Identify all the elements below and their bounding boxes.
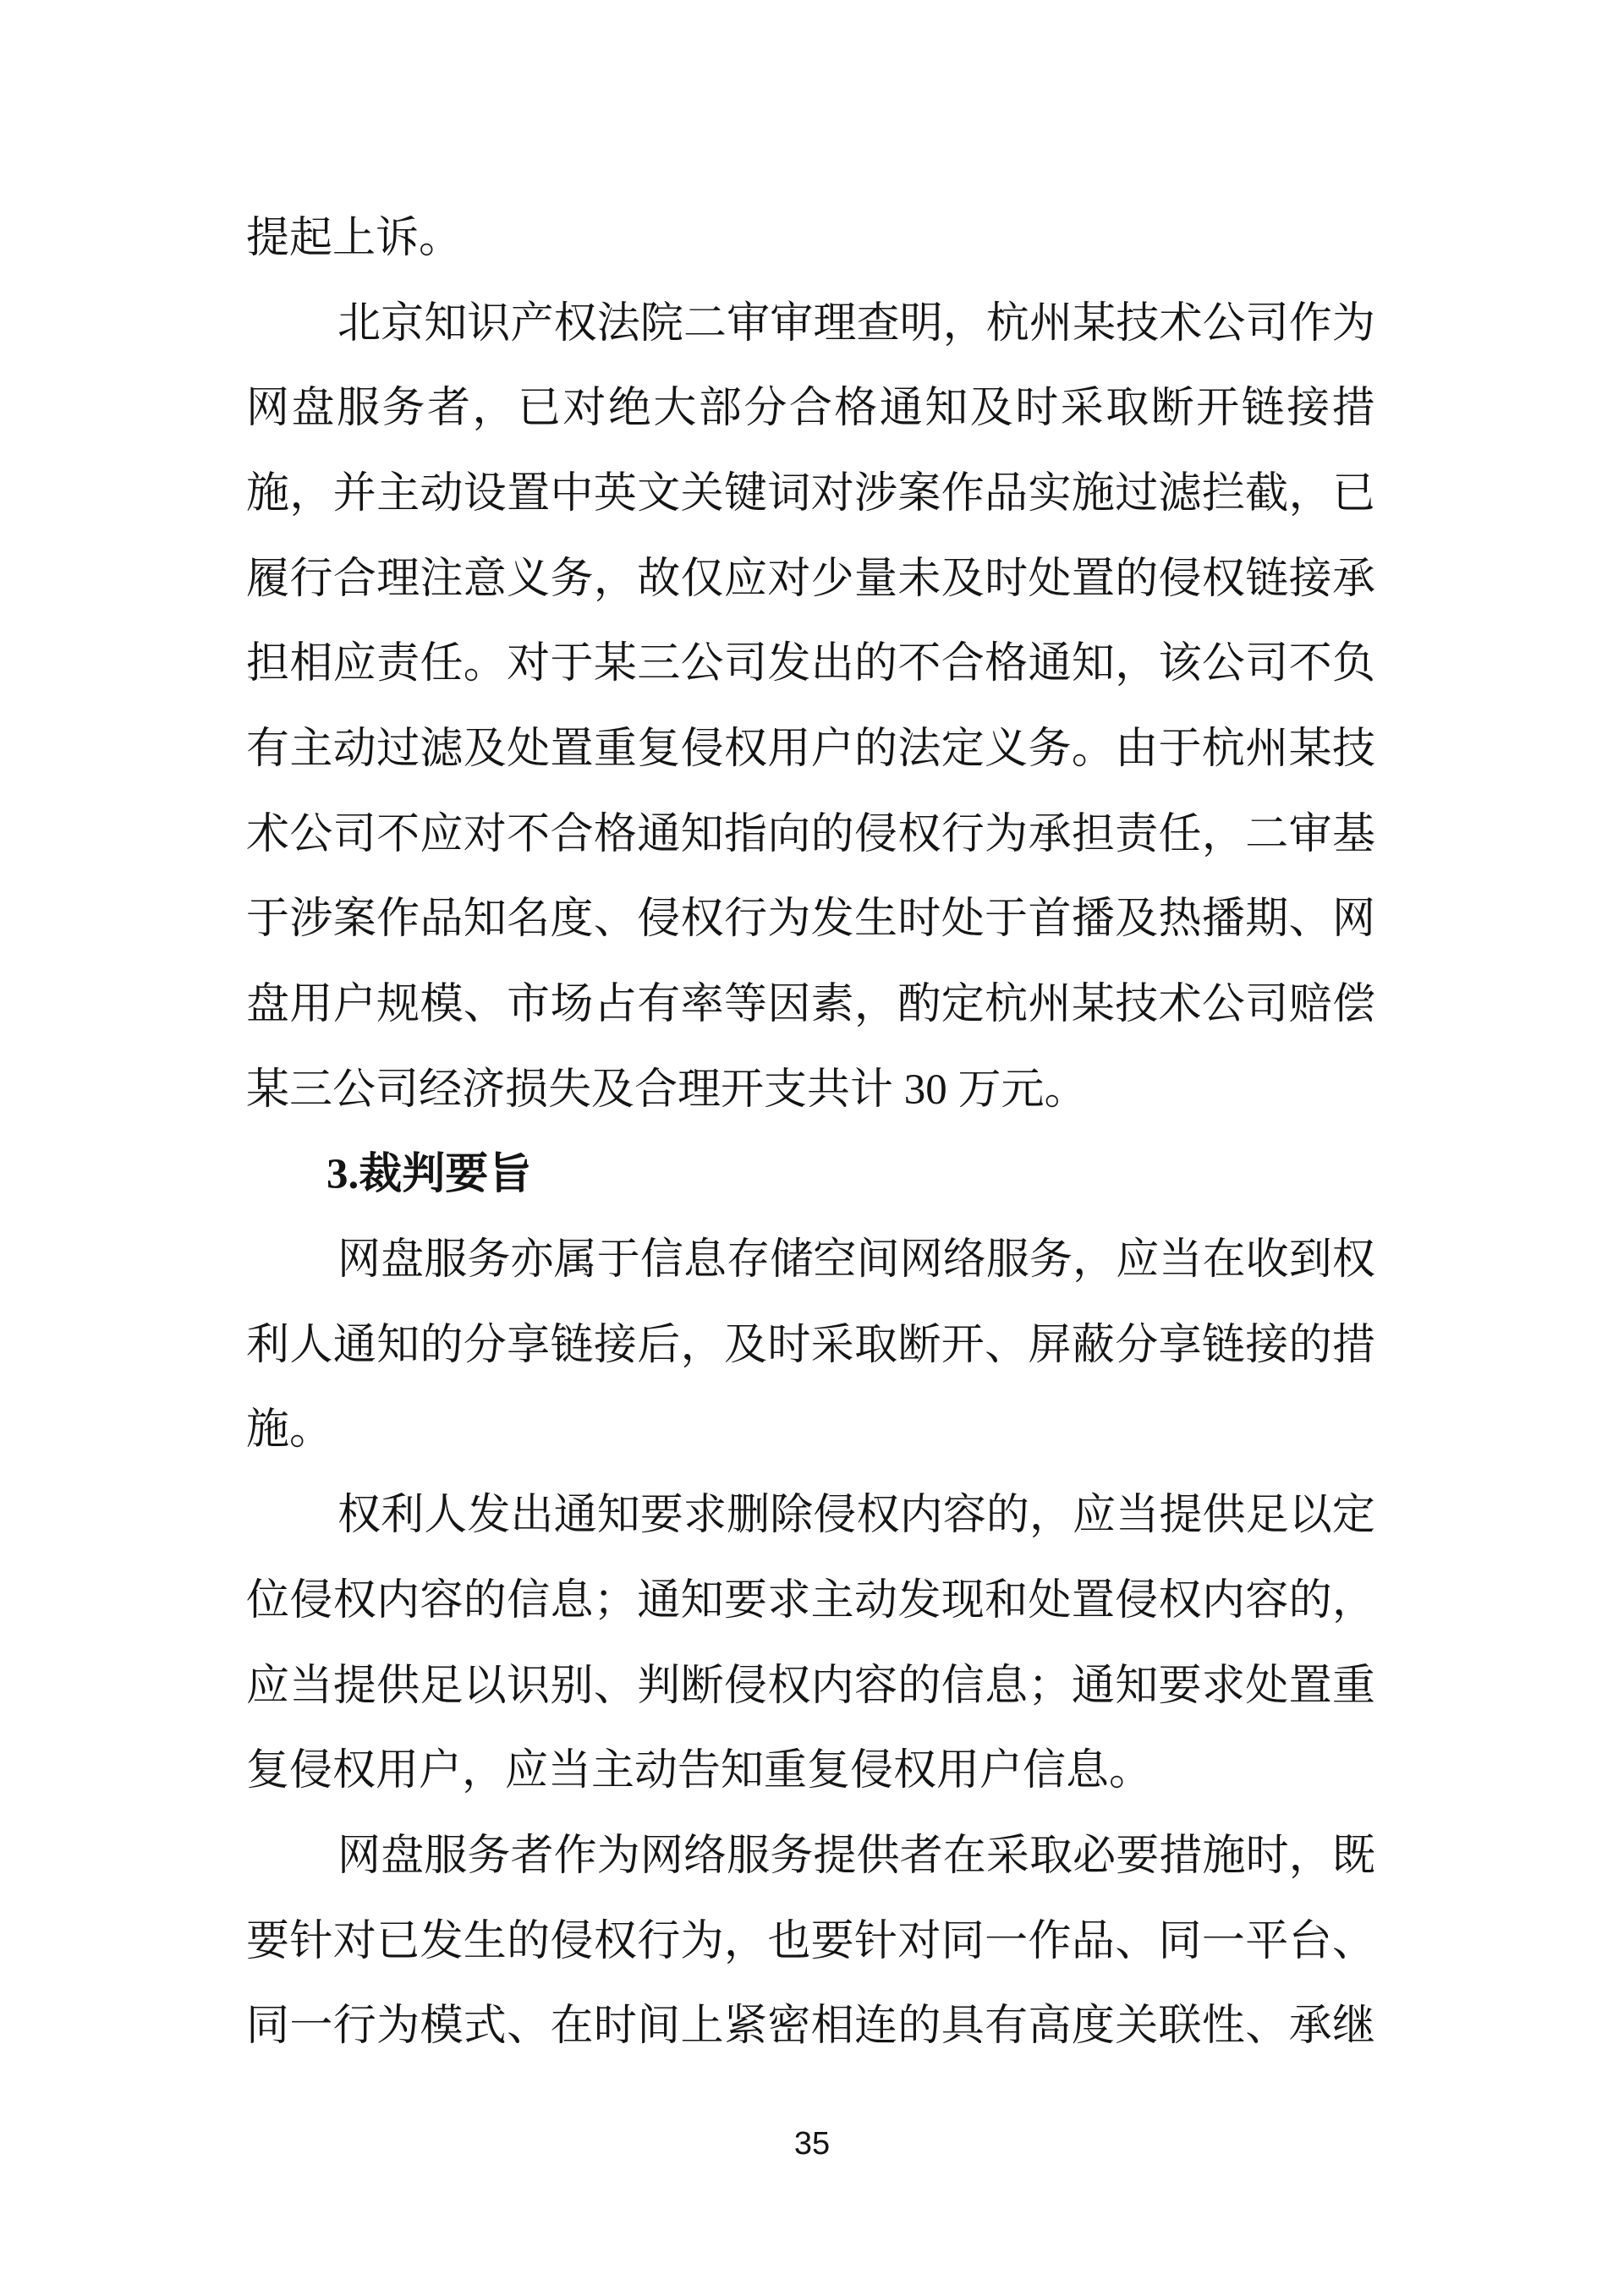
text-line: 复侵权用户，应当主动告知重复侵权用户信息。: [246, 1729, 1375, 1814]
text-line: 有主动过滤及处置重复侵权用户的法定义务。由于杭州某技: [246, 707, 1375, 792]
text-line: 施。: [246, 1389, 1375, 1474]
text-line: 要针对已发生的侵权行为，也要针对同一作品、同一平台、: [246, 1899, 1375, 1985]
text-line: 权利人发出通知要求删除侵权内容的，应当提供足以定: [246, 1473, 1375, 1559]
document-body: 提起上诉。北京知识产权法院二审审理查明，杭州某技术公司作为网盘服务者，已对绝大部…: [246, 196, 1375, 2069]
text-line: 位侵权内容的信息；通知要求主动发现和处置侵权内容的，: [246, 1559, 1375, 1644]
text-line: 履行合理注意义务，故仅应对少量未及时处置的侵权链接承: [246, 537, 1375, 622]
text-line: 担相应责任。对于某三公司发出的不合格通知，该公司不负: [246, 622, 1375, 707]
text-line: 利人通知的分享链接后，及时采取断开、屏蔽分享链接的措: [246, 1303, 1375, 1389]
text-line: 术公司不应对不合格通知指向的侵权行为承担责任，二审基: [246, 792, 1375, 878]
text-line: 于涉案作品知名度、侵权行为发生时处于首播及热播期、网: [246, 878, 1375, 963]
text-line: 网盘服务者作为网络服务提供者在采取必要措施时，既: [246, 1814, 1375, 1899]
text-line: 盘用户规模、市场占有率等因素，酌定杭州某技术公司赔偿: [246, 962, 1375, 1048]
text-line: 北京知识产权法院二审审理查明，杭州某技术公司作为: [246, 282, 1375, 367]
text-line: 网盘服务亦属于信息存储空间网络服务，应当在收到权: [246, 1218, 1375, 1303]
text-line: 网盘服务者，已对绝大部分合格通知及时采取断开链接措: [246, 366, 1375, 452]
page-number: 35: [0, 2128, 1624, 2160]
document-page: 提起上诉。北京知识产权法院二审审理查明，杭州某技术公司作为网盘服务者，已对绝大部…: [0, 0, 1624, 2296]
text-line: 同一行为模式、在时间上紧密相连的具有高度关联性、承继: [246, 1984, 1375, 2069]
text-line: 施，并主动设置中英文关键词对涉案作品实施过滤拦截，已: [246, 452, 1375, 537]
text-line: 提起上诉。: [246, 196, 1375, 282]
section-heading: 3.裁判要旨: [246, 1133, 1375, 1219]
text-line: 某三公司经济损失及合理开支共计 30 万元。: [246, 1048, 1375, 1133]
text-line: 应当提供足以识别、判断侵权内容的信息；通知要求处置重: [246, 1644, 1375, 1729]
